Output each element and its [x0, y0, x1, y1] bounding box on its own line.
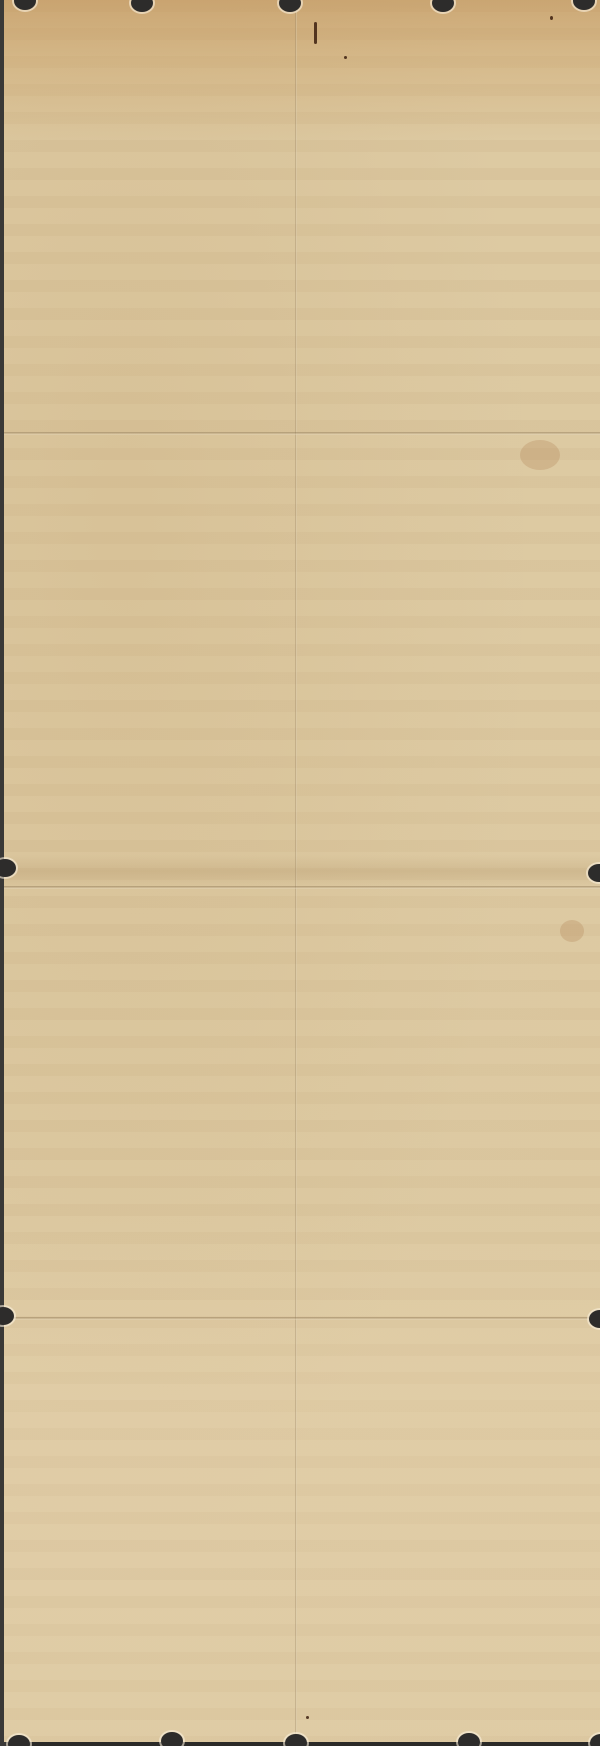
horizontal-fold-line [4, 886, 600, 889]
ink-spot [344, 56, 347, 59]
stain [560, 920, 584, 942]
ink-spot [550, 16, 553, 20]
horizontal-fold-line [4, 432, 600, 435]
pin-hole [285, 1734, 307, 1746]
pin-hole [8, 1735, 30, 1746]
crease-band [4, 855, 600, 887]
horizontal-fold-line [4, 1317, 600, 1320]
pin-hole [458, 1733, 480, 1746]
stain [520, 440, 560, 470]
pin-hole [161, 1732, 183, 1746]
ink-mark [314, 22, 317, 44]
ink-spot [306, 1716, 309, 1719]
